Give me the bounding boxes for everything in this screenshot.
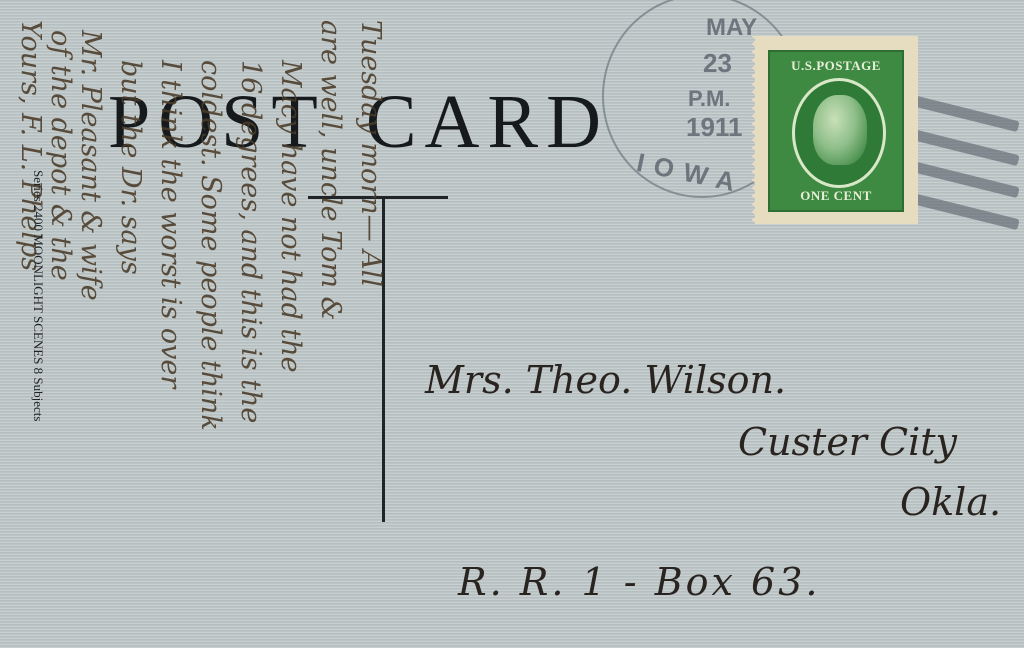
post-card-heading: POSTCARD (108, 84, 609, 160)
message-line: Mr. Pleasant & wife (75, 30, 106, 301)
divider-vertical (382, 196, 385, 522)
printer-imprint: Series 2400 MOONLIGHT SCENES 8 Subjects (30, 170, 46, 421)
postmark-time: P.M. (688, 86, 730, 112)
postmark-year: 1911 (686, 112, 742, 143)
recipient-state: Okla. (900, 480, 1001, 524)
message-line: of the depot & the (45, 30, 76, 281)
title-word-post: POST (108, 80, 326, 164)
postmark-month: MAY (706, 14, 757, 42)
postmark-day: 23 (703, 48, 732, 79)
title-word-card: CARD (366, 80, 609, 164)
franklin-portrait-icon (813, 95, 867, 165)
postage-stamp: U.S.POSTAGE ONE CENT (752, 36, 918, 224)
recipient-city: Custer City (738, 420, 957, 464)
postcard-back: POSTCARD Tuesday morn— All are well, unc… (0, 0, 1024, 648)
divider-horizontal (308, 196, 448, 199)
stamp-frame: U.S.POSTAGE ONE CENT (768, 50, 904, 212)
stamp-bottom-text: ONE CENT (770, 188, 902, 204)
stamp-medallion (792, 78, 886, 188)
recipient-name: Mrs. Theo. Wilson. (425, 358, 786, 402)
stamp-top-text: U.S.POSTAGE (770, 58, 902, 74)
message-line: are well, uncle Tom & (315, 20, 346, 321)
recipient-route: R. R. 1 - Box 63. (458, 560, 820, 604)
